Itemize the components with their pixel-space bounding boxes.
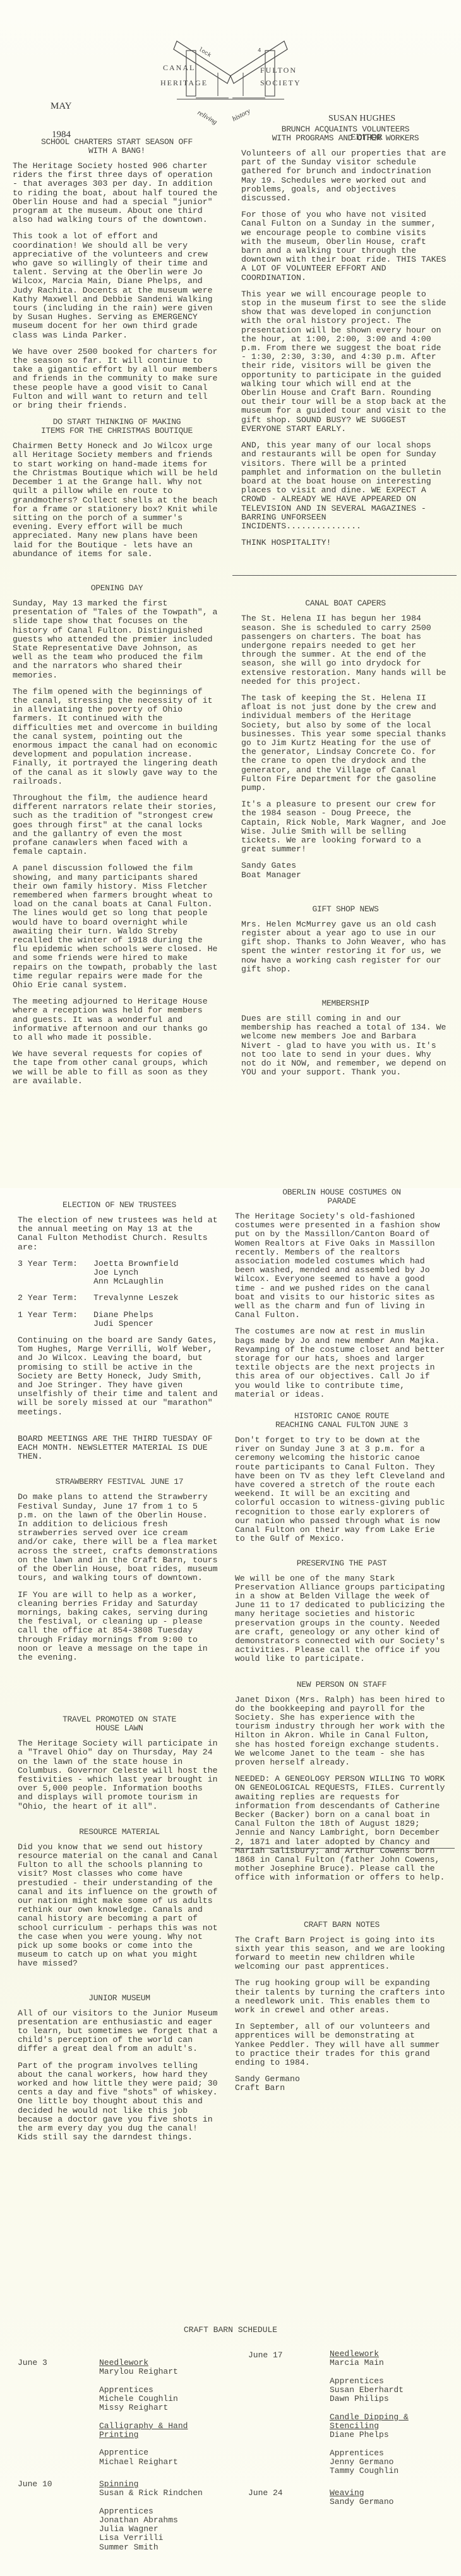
term-row: 3 Year Term:Joetta BrownfieldJoe LynchAn… — [18, 1260, 221, 1287]
article-paragraph: Sandy Gates Boat Manager — [241, 861, 450, 879]
term-label: 2 Year Term: — [18, 1294, 93, 1303]
apprentice-name: Jonathan Abrahms — [99, 2516, 203, 2525]
article-paragraph: Janet Dixon (Mrs. Ralph) has been hired … — [235, 1696, 448, 1768]
craft-leader: Diane Phelps — [330, 2431, 409, 2439]
term-row: 2 Year Term:Trevalynne Leszek — [18, 1294, 221, 1303]
article-paragraph: We will be one of the many Stark Preserv… — [235, 1574, 448, 1664]
article-paragraph: Sandy Germano Craft Barn — [235, 2075, 448, 2093]
editor-name: SUSAN HUGHES — [328, 114, 395, 124]
schedule-date: June 17 — [248, 2351, 283, 2360]
section-divider — [232, 575, 457, 576]
article: NEEDED: A GENEOLOGY PERSON WILLING TO WO… — [235, 1775, 448, 1882]
org-name-fulton: fulton — [260, 66, 297, 75]
article-paragraph: This took a lot of effort and coordinati… — [13, 232, 221, 339]
article-paragraph: The St. Helena II has begun her 1984 sea… — [241, 614, 450, 686]
apprentice-name: Lisa Verrilli — [99, 2534, 203, 2543]
page2-left-column: ELECTION OF NEW TRUSTEESThe election of … — [18, 1201, 221, 2149]
article-paragraph: Mrs. Helen McMurrey gave us an old cash … — [241, 920, 450, 974]
article: MEMBERSHIPDues are still coming in and o… — [241, 999, 450, 1077]
craft-name: Needlework — [99, 2359, 178, 2367]
article-heading: OPENING DAY — [13, 584, 221, 593]
article-paragraph: Part of the program involves telling abo… — [18, 2062, 221, 2142]
article-paragraph: The Craft Barn Project is going into its… — [235, 1936, 448, 1972]
trustee-name: Diane Phelps — [93, 1311, 153, 1320]
org-name-canal: canal — [163, 63, 195, 73]
apprentice-name: Julia Wagner — [99, 2525, 203, 2534]
apprentice-name: Susan Eberhardt — [330, 2386, 404, 2395]
article: CRAFT BARN NOTESThe Craft Barn Project i… — [235, 1921, 448, 2093]
article: GIFT SHOP NEWSMrs. Helen McMurrey gave u… — [241, 905, 450, 974]
article-paragraph: It's a pleasure to present our crew for … — [241, 800, 450, 854]
schedule-craft-block: SpinningSusan & Rick RindchenApprentices… — [99, 2480, 203, 2552]
craft-leader: Sandy Germano — [330, 2498, 393, 2506]
trustee-name: Ann McLaughlin — [93, 1277, 179, 1286]
trustee-name: Trevalynne Leszek — [93, 1294, 179, 1303]
apprentice-name: Summer Smith — [99, 2543, 203, 2552]
term-names: Joetta BrownfieldJoe LynchAnn McLaughlin — [93, 1260, 179, 1287]
article: BRUNCH ACQUAINTS VOLUNTEERS WITH PROGRAM… — [241, 125, 450, 547]
article: OBERLIN HOUSE COSTUMES ON PARADEThe Heri… — [235, 1188, 448, 1399]
article-paragraph: Sunday, May 13 marked the first presenta… — [13, 599, 221, 680]
schedule-craft-block: Calligraphy & Hand PrintingApprenticeMic… — [99, 2422, 188, 2467]
apprentice-name: Missy Reighart — [99, 2403, 178, 2412]
article: CANAL BOAT CAPERSThe St. Helena II has b… — [241, 599, 450, 879]
term-label: 3 Year Term: — [18, 1260, 93, 1287]
article-heading: RESOURCE MATERIAL — [18, 1828, 221, 1837]
article-paragraph: IF You are will to help as a worker, cle… — [18, 1591, 221, 1663]
craft-name: Calligraphy & Hand Printing — [99, 2422, 188, 2440]
section-divider — [230, 1848, 455, 1849]
article-paragraph: The film opened with the beginnings of t… — [13, 688, 221, 786]
article-paragraph: The meeting adjourned to Heritage House … — [13, 997, 221, 1042]
craft-name: Candle Dipping & Stenciling — [330, 2413, 409, 2431]
spacer — [330, 2440, 409, 2449]
article-paragraph: AND, this year many of our local shops a… — [241, 441, 450, 531]
article-paragraph: Continuing on the board are Sandy Gates,… — [18, 1336, 221, 1417]
article-paragraph: The costumes are now at rest in muslin b… — [235, 1327, 448, 1399]
spacer — [330, 2368, 404, 2377]
svg-text:reliving: reliving — [196, 109, 219, 126]
schedule-craft-block: NeedleworkMarcia MainApprenticesSusan Eb… — [330, 2350, 404, 2403]
article-heading: MEMBERSHIP — [241, 999, 450, 1008]
schedule-date: June 10 — [18, 2480, 52, 2489]
article-paragraph: Do make plans to attend the Strawberry F… — [18, 1493, 221, 1583]
article: OPENING DAYSunday, May 13 marked the fir… — [13, 584, 221, 1086]
article: PRESERVING THE PASTWe will be one of the… — [235, 1559, 448, 1664]
schedule-title: CRAFT BARN SCHEDULE — [0, 2326, 461, 2335]
article-paragraph: The Heritage Society's old-fashioned cos… — [235, 1212, 448, 1320]
apprentice-name: Tammy Coughlin — [330, 2467, 409, 2476]
article-paragraph: The rug hooking group will be expanding … — [235, 1979, 448, 2015]
trustee-terms: 3 Year Term:Joetta BrownfieldJoe LynchAn… — [18, 1260, 221, 1328]
trustee-name: Joetta Brownfield — [93, 1260, 179, 1268]
page2-right-column: OBERLIN HOUSE COSTUMES ON PARADEThe Heri… — [235, 1188, 448, 2101]
article-heading: BRUNCH ACQUAINTS VOLUNTEERS WITH PROGRAM… — [241, 125, 450, 143]
schedule-craft-block: Candle Dipping & StencilingDiane PhelpsA… — [330, 2413, 409, 2476]
article-paragraph: All of our visitors to the Junior Museum… — [18, 2009, 221, 2054]
article-paragraph: The Heritage Society hosted 906 charter … — [13, 162, 221, 224]
article-paragraph: A panel discussion followed the film sho… — [13, 864, 221, 990]
article-heading: STRAWBERRY FESTIVAL JUNE 17 — [18, 1478, 221, 1486]
schedule-craft-block: NeedleworkMarylou ReighartApprenticesMic… — [99, 2359, 178, 2412]
craft-leader: Marcia Main — [330, 2359, 404, 2367]
schedule-date: June 3 — [18, 2359, 47, 2367]
article-heading: JUNIOR MUSEUM — [18, 1994, 221, 2003]
article-paragraph: Dues are still coming in and our members… — [241, 1014, 450, 1077]
article: NEW PERSON ON STAFFJanet Dixon (Mrs. Ral… — [235, 1680, 448, 1768]
article-paragraph: We have over 2500 booked for charters fo… — [13, 348, 221, 410]
masthead: lock 4 reliving history canal heritage f… — [0, 0, 461, 126]
craft-name: Weaving — [330, 2489, 393, 2498]
newsletter-page-1: lock 4 reliving history canal heritage f… — [0, 0, 461, 1188]
article-paragraph: This year we will encourage people to st… — [241, 290, 450, 434]
craft-name: Spinning — [99, 2480, 203, 2489]
apprentice-name: Dawn Philips — [330, 2395, 404, 2403]
article-heading: DO START THINKING OF MAKING ITEMS FOR TH… — [13, 418, 221, 435]
article-paragraph: Throughout the film, the audience heard … — [13, 794, 221, 856]
article-paragraph: The task of keeping the St. Helena II af… — [241, 694, 450, 793]
article-paragraph: Chairmen Betty Honeck and Jo Wilcox urge… — [13, 442, 221, 559]
craft-leader: Marylou Reighart — [99, 2367, 178, 2376]
article: RESOURCE MATERIALDid you know that we se… — [18, 1828, 221, 1969]
issue-month: MAY — [51, 101, 72, 112]
article-paragraph: In September, all of our volunteers and … — [235, 2022, 448, 2067]
newsletter-page-2: ELECTION OF NEW TRUSTEESThe election of … — [0, 1188, 461, 2576]
apprentice-label: Apprentices — [330, 2449, 409, 2458]
article-heading: CANAL BOAT CAPERS — [241, 599, 450, 608]
article-heading: TRAVEL PROMOTED ON STATE HOUSE LAWN — [18, 1715, 221, 1733]
term-label: 1 Year Term: — [18, 1311, 93, 1328]
apprentice-name: Michele Coughlin — [99, 2395, 178, 2403]
article-heading: PRESERVING THE PAST — [235, 1559, 448, 1568]
apprentice-label: Apprentice — [99, 2448, 188, 2457]
article-paragraph: We have several requests for copies of t… — [13, 1050, 221, 1086]
article: HISTORIC CANOE ROUTE REACHING CANAL FULT… — [235, 1412, 448, 1543]
svg-text:history: history — [231, 107, 252, 123]
article-heading: CRAFT BARN NOTES — [235, 1921, 448, 1929]
article-paragraph: The Heritage Society will participate in… — [18, 1739, 221, 1811]
apprentice-label: Apprentices — [99, 2507, 203, 2516]
article: STRAWBERRY FESTIVAL JUNE 17Do make plans… — [18, 1478, 221, 1662]
apprentice-label: Apprentices — [99, 2386, 178, 2395]
article-paragraph: NEEDED: A GENEOLOGY PERSON WILLING TO WO… — [235, 1775, 448, 1882]
article: DO START THINKING OF MAKING ITEMS FOR TH… — [13, 418, 221, 559]
article: ELECTION OF NEW TRUSTEESThe election of … — [18, 1201, 221, 1461]
article: SCHOOL CHARTERS START SEASON OFF WITH A … — [13, 138, 221, 410]
article-heading: SCHOOL CHARTERS START SEASON OFF WITH A … — [13, 138, 221, 155]
article-paragraph: Volunteers of all our properties that ar… — [241, 149, 450, 203]
apprentice-name: Jenny Germano — [330, 2458, 409, 2467]
page1-left-column: SCHOOL CHARTERS START SEASON OFF WITH A … — [13, 138, 221, 1093]
craft-name: Needlework — [330, 2350, 404, 2359]
article-paragraph: BOARD MEETINGS ARE THE THIRD TUESDAY OF … — [18, 1435, 221, 1462]
article-heading: GIFT SHOP NEWS — [241, 905, 450, 914]
svg-text:lock: lock — [197, 46, 212, 59]
article-paragraph: For those of you who have not visited Ca… — [241, 210, 450, 283]
craft-barn-schedule: CRAFT BARN SCHEDULE June 3NeedleworkMary… — [0, 2323, 461, 2576]
term-row: 1 Year Term:Diane PhelpsJudi Spencer — [18, 1311, 221, 1328]
schedule-craft-block: WeavingSandy Germano — [330, 2489, 393, 2507]
craft-leader: Susan & Rick Rindchen — [99, 2489, 203, 2498]
spacer — [99, 2377, 178, 2386]
apprentice-name: Michael Reighart — [99, 2458, 188, 2467]
article-paragraph: The election of new trustees was held at… — [18, 1216, 221, 1252]
spacer — [99, 2498, 203, 2507]
article-heading: HISTORIC CANOE ROUTE REACHING CANAL FULT… — [235, 1412, 448, 1430]
org-name-society: society — [260, 78, 301, 88]
term-names: Trevalynne Leszek — [93, 1294, 179, 1303]
apprentice-label: Apprentices — [330, 2377, 404, 2386]
page1-right-column: BRUNCH ACQUAINTS VOLUNTEERS WITH PROGRAM… — [241, 125, 450, 1084]
article: TRAVEL PROMOTED ON STATE HOUSE LAWNThe H… — [18, 1715, 221, 1811]
article: JUNIOR MUSEUMAll of our visitors to the … — [18, 1994, 221, 2142]
article-paragraph: THINK HOSPITALITY! — [241, 538, 450, 547]
spacer — [99, 2439, 188, 2448]
org-name-heritage: heritage — [160, 78, 208, 88]
trustee-name: Judi Spencer — [93, 1320, 153, 1328]
article-paragraph: Don't forget to try to be down at the ri… — [235, 1436, 448, 1543]
trustee-name: Joe Lynch — [93, 1268, 179, 1277]
schedule-date: June 24 — [248, 2489, 283, 2498]
article-heading: NEW PERSON ON STAFF — [235, 1680, 448, 1689]
term-names: Diane PhelpsJudi Spencer — [93, 1311, 153, 1328]
article-heading: OBERLIN HOUSE COSTUMES ON PARADE — [235, 1188, 448, 1206]
article-heading: ELECTION OF NEW TRUSTEES — [18, 1201, 221, 1210]
article-paragraph: Did you know that we send out history re… — [18, 1843, 221, 1969]
svg-text:4: 4 — [258, 47, 261, 54]
